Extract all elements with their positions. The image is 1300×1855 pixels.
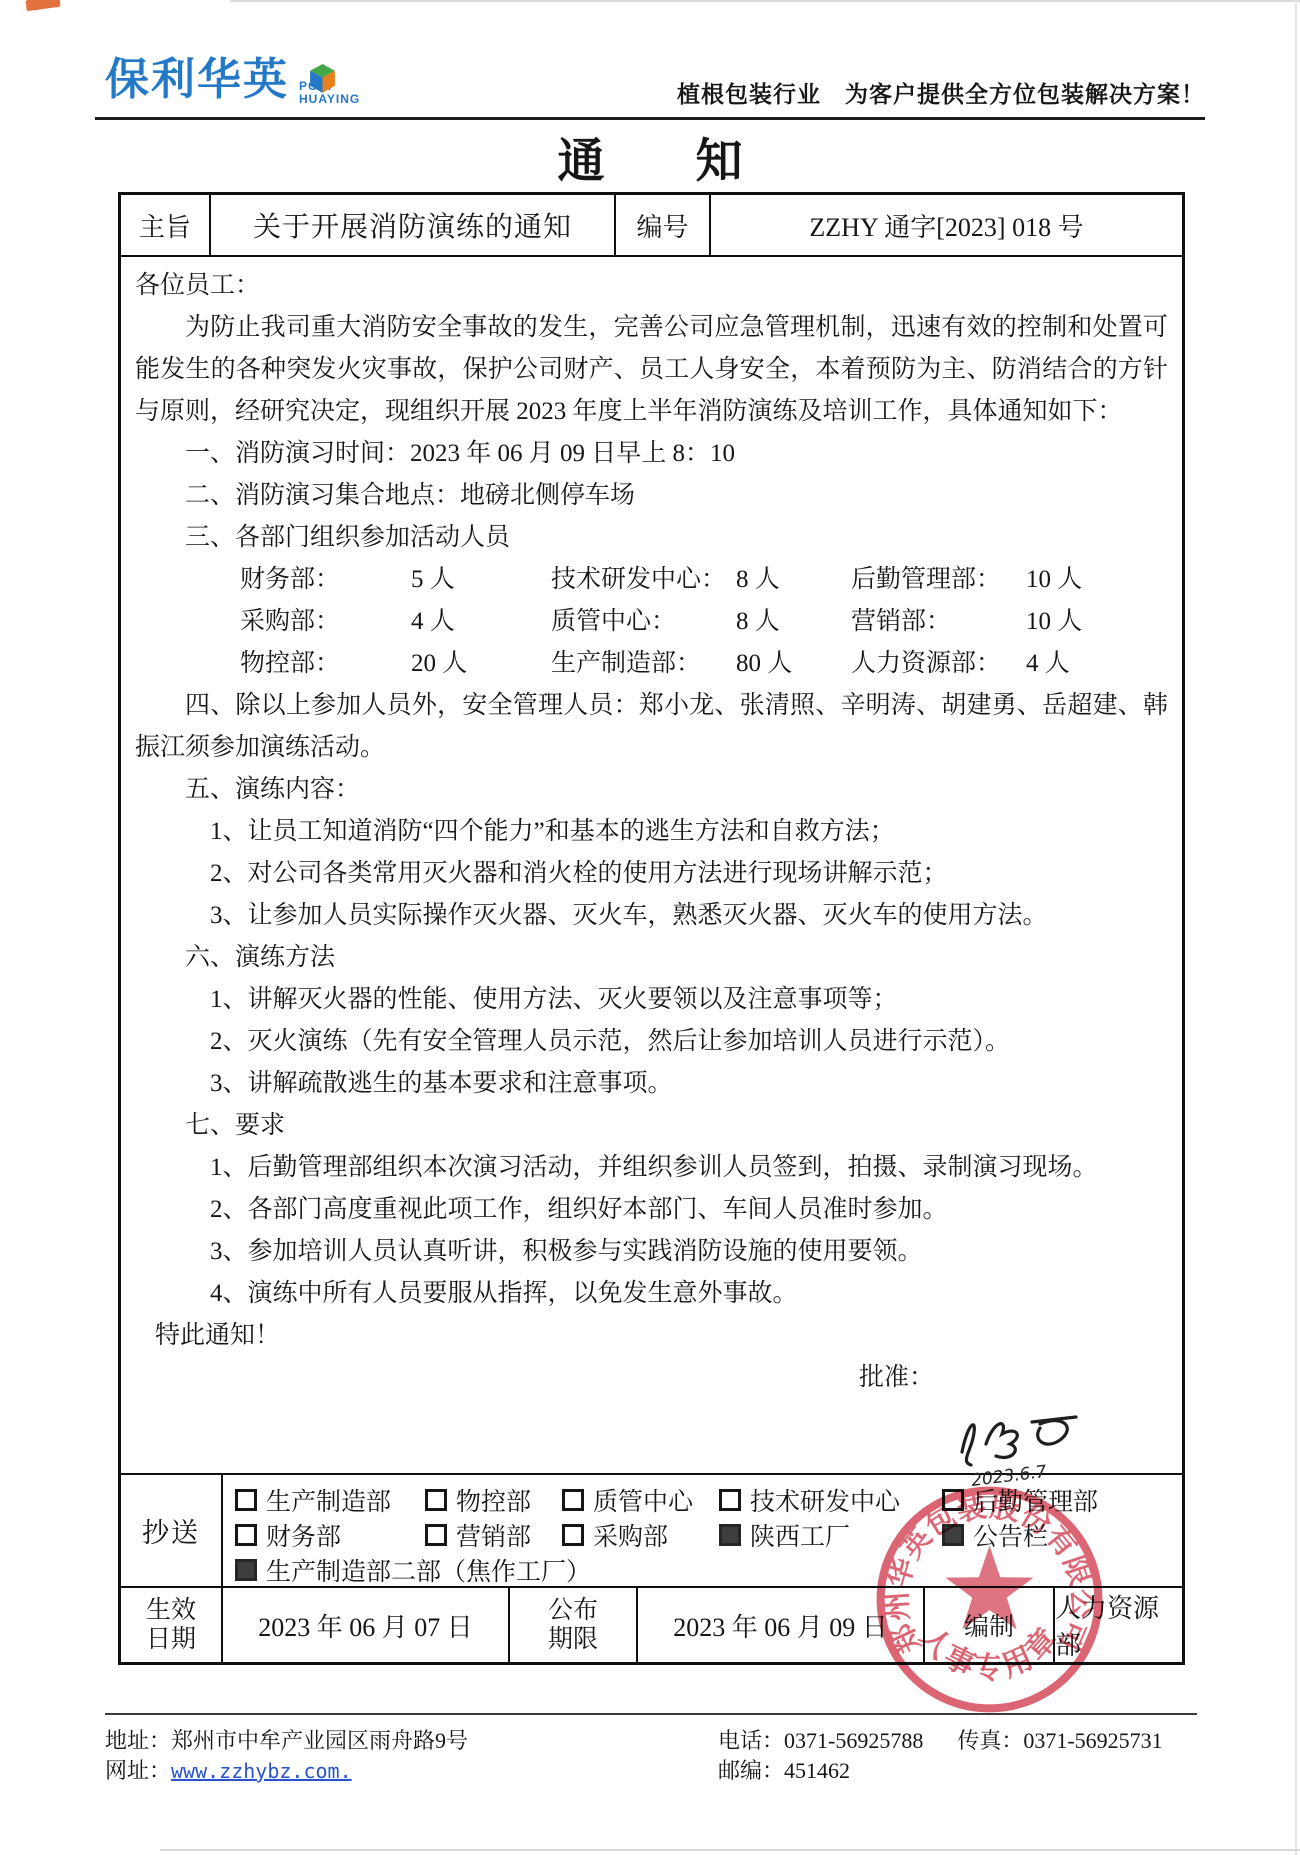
scan-edge-bottom <box>160 1849 1300 1851</box>
seal-star-icon <box>945 1546 1033 1630</box>
item-5-2: 2、对公司各类常用灭火器和消火栓的使用方法进行现场讲解示范； <box>135 853 1168 895</box>
footer-zip: 邮编：451462 <box>718 1754 850 1785</box>
cc-option-label: 采购部 <box>593 1517 668 1553</box>
dept-count: 4 人 <box>411 601 551 643</box>
item-6-1: 1、讲解灭火器的性能、使用方法、灭火要领以及注意事项等； <box>135 979 1168 1021</box>
checkbox-icon <box>562 1489 584 1511</box>
participants-row-2: 采购部： 4 人 质管中心： 8 人 营销部： 10 人 <box>240 601 1168 643</box>
dept-name: 技术研发中心： <box>551 559 736 601</box>
item-5-3: 3、让参加人员实际操作灭火器、灭火车，熟悉灭火器、灭火车的使用方法。 <box>135 895 1168 937</box>
hr-seal-stamp: 郑州华英包装股份有限公司 人事专用章 <box>866 1476 1113 1723</box>
website-link[interactable]: www.zzhybz.com. <box>171 1759 352 1783</box>
effective-date-value: 2023 年 06 月 07 日 <box>221 1588 508 1662</box>
scanned-notice-page: 保利华英 POLY HUAYING 植根包装行业 为客户提供全方位包装解决方案！… <box>0 0 1300 1855</box>
checkbox-icon <box>425 1489 447 1511</box>
dept-name: 采购部： <box>240 601 411 643</box>
doc-number-label: 编号 <box>614 195 709 255</box>
dept-name: 质管中心： <box>551 601 736 643</box>
checkbox-icon <box>425 1524 447 1546</box>
company-logo: 保利华英 POLY HUAYING <box>105 58 360 106</box>
cc-option-label: 陕西工厂 <box>750 1517 850 1553</box>
dept-count: 5 人 <box>411 559 551 601</box>
item-6: 六、演练方法 <box>135 937 1168 979</box>
item-6-3: 3、讲解疏散逃生的基本要求和注意事项。 <box>135 1063 1168 1105</box>
dept-name: 后勤管理部： <box>851 559 1026 601</box>
dept-count: 20 人 <box>411 643 551 685</box>
cc-option-label: 生产制造部二部（焦作工厂） <box>266 1552 591 1588</box>
scan-edge-top <box>230 0 1300 2</box>
footer-contact: 电话：0371-56925788传真：0371-56925731 <box>718 1724 1163 1755</box>
cc-option: 生产制造部 <box>235 1482 425 1518</box>
document-title: 通 知 <box>0 124 1300 191</box>
footer-line-2: 网址：www.zzhybz.com. 邮编：451462 <box>105 1754 1197 1785</box>
cc-option-label: 营销部 <box>456 1517 531 1553</box>
fax-value: 0371-56925731 <box>1023 1728 1162 1753</box>
notice-body: 各位员工： 为防止我司重大消防安全事故的发生，完善公司应急管理机制，迅速有效的控… <box>121 255 1182 1473</box>
subject-value: 关于开展消防演练的通知 <box>209 195 614 255</box>
scan-edge-right <box>1295 0 1297 1855</box>
participants-row-1: 财务部： 5 人 技术研发中心： 8 人 后勤管理部： 10 人 <box>240 559 1168 601</box>
cc-option: 财务部 <box>235 1517 425 1553</box>
checkbox-icon <box>719 1524 741 1546</box>
item-3: 三、各部门组织参加活动人员 <box>135 517 1168 559</box>
scan-corner-artifact <box>25 0 60 11</box>
item-7-4: 4、演练中所有人员要服从指挥，以免发生意外事故。 <box>135 1273 1168 1315</box>
cc-option-label: 质管中心 <box>593 1482 693 1518</box>
dept-name: 生产制造部： <box>551 643 736 685</box>
cc-option-label: 物控部 <box>456 1482 531 1518</box>
closing-line: 特此通知！ <box>135 1315 1168 1357</box>
cc-option: 采购部 <box>562 1517 719 1553</box>
item-5-1: 1、让员工知道消防“四个能力”和基本的逃生方法和自救方法； <box>135 811 1168 853</box>
checkbox-icon <box>235 1489 257 1511</box>
participants-row-3: 物控部： 20 人 生产制造部： 80 人 人力资源部： 4 人 <box>240 643 1168 685</box>
cc-option: 营销部 <box>425 1517 562 1553</box>
item-2: 二、消防演习集合地点：地磅北侧停车场 <box>135 475 1168 517</box>
zip-label: 邮编： <box>718 1758 784 1783</box>
address-value: 郑州市中牟产业园区雨舟路9号 <box>171 1728 468 1753</box>
dept-name: 财务部： <box>240 559 411 601</box>
phone-value: 0371-56925788 <box>784 1728 923 1753</box>
item-4: 四、除以上参加人员外，安全管理人员：郑小龙、张清照、辛明涛、胡建勇、岳超建、韩振… <box>135 685 1168 769</box>
cc-option-label: 生产制造部 <box>266 1482 391 1518</box>
cube-logo-icon <box>309 64 336 100</box>
dept-count: 8 人 <box>736 601 851 643</box>
salutation: 各位员工： <box>135 265 1168 307</box>
checkbox-icon <box>235 1524 257 1546</box>
intro-paragraph: 为防止我司重大消防安全事故的发生，完善公司应急管理机制，迅速有效的控制和处置可能… <box>135 307 1168 433</box>
publish-period-label: 公布 期限 <box>508 1588 636 1662</box>
footer-line-1: 地址：郑州市中牟产业园区雨舟路9号 电话：0371-56925788传真：037… <box>105 1724 1197 1755</box>
website-label: 网址： <box>105 1758 171 1783</box>
cc-label: 抄送 <box>121 1475 221 1586</box>
approval-label: 批准： <box>859 1357 1168 1399</box>
address-label: 地址： <box>105 1728 171 1753</box>
dept-name: 营销部： <box>851 601 1026 643</box>
item-7: 七、要求 <box>135 1105 1168 1147</box>
item-7-2: 2、各部门高度重视此项工作，组织好本部门、车间人员准时参加。 <box>135 1189 1168 1231</box>
dept-name: 人力资源部： <box>851 643 1026 685</box>
subject-row: 主旨 关于开展消防演练的通知 编号 ZZHY 通字[2023] 018 号 <box>121 195 1182 255</box>
item-7-1: 1、后勤管理部组织本次演习活动，并组织参训人员签到，拍摄、录制演习现场。 <box>135 1147 1168 1189</box>
item-5: 五、演练内容： <box>135 769 1168 811</box>
phone-label: 电话： <box>718 1728 784 1753</box>
cc-option: 质管中心 <box>562 1482 719 1518</box>
dept-count: 80 人 <box>736 643 851 685</box>
item-7-3: 3、参加培训人员认真听讲，积极参与实践消防设施的使用要领。 <box>135 1231 1168 1273</box>
zip-value: 451462 <box>784 1758 850 1783</box>
effective-date-label: 生效 日期 <box>121 1588 221 1662</box>
dept-count: 4 人 <box>1026 643 1168 685</box>
checkbox-icon <box>719 1489 741 1511</box>
dept-count: 8 人 <box>736 559 851 601</box>
checkbox-icon <box>235 1559 257 1581</box>
logo-text-cn: 保利华英 <box>105 58 289 102</box>
dept-name: 物控部： <box>240 643 411 685</box>
dept-count: 10 人 <box>1026 559 1168 601</box>
doc-number-value: ZZHY 通字[2023] 018 号 <box>709 195 1182 255</box>
company-slogan: 植根包装行业 为客户提供全方位包装解决方案！ <box>677 76 1205 109</box>
item-6-2: 2、灭火演练（先有安全管理人员示范，然后让参加培训人员进行示范）。 <box>135 1021 1168 1063</box>
subject-label: 主旨 <box>121 195 209 255</box>
dept-count: 10 人 <box>1026 601 1168 643</box>
cc-option: 物控部 <box>425 1482 562 1518</box>
cc-option: 生产制造部二部（焦作工厂） <box>235 1552 591 1588</box>
letterhead-divider <box>95 117 1205 120</box>
checkbox-icon <box>562 1524 584 1546</box>
fax-label: 传真： <box>957 1728 1023 1753</box>
seal-caption: 人事专用章 <box>913 1620 1064 1685</box>
cc-option-label: 财务部 <box>266 1517 341 1553</box>
svg-text:人事专用章: 人事专用章 <box>913 1620 1064 1685</box>
item-1: 一、消防演习时间：2023 年 06 月 09 日早上 8：10 <box>135 433 1168 475</box>
